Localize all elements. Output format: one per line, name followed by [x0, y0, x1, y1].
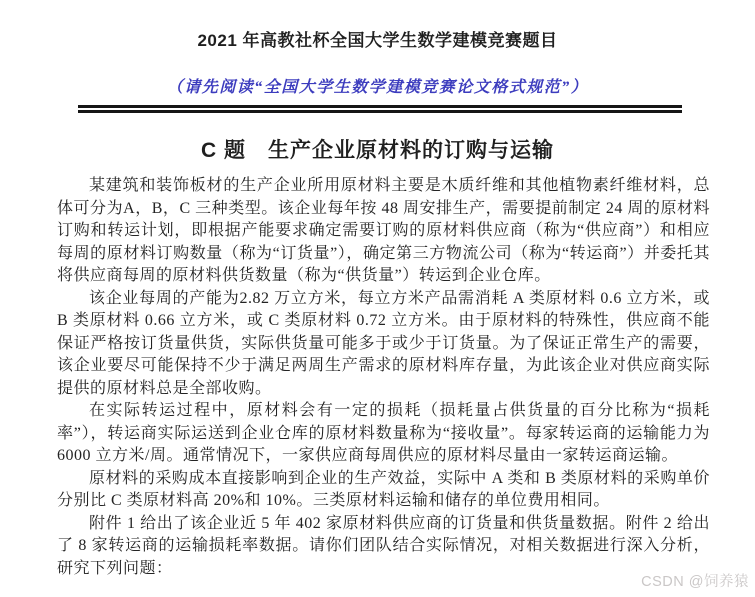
csdn-watermark: CSDN @饲养猿 — [641, 570, 749, 591]
paragraph-capacity: 该企业每周的产能为2.82 万立方米，每立方米产品需消耗 A 类原材料 0.6 … — [57, 288, 710, 401]
double-rule-divider — [78, 105, 682, 113]
read-first-notice: （请先阅读“全国大学生数学建模竞赛论文格式规范”） — [0, 74, 755, 97]
contest-title: 2021 年高教社杯全国大学生数学建模竞赛题目 — [0, 0, 755, 51]
problem-body: 某建筑和装饰板材的生产企业所用原材料主要是木质纤维和其他植物素纤维材料，总体可分… — [0, 175, 755, 580]
paragraph-attachments: 附件 1 给出了该企业近 5 年 402 家原材料供应商的订货量和供货量数据。附… — [57, 513, 710, 581]
paragraph-materials-intro: 某建筑和装饰板材的生产企业所用原材料主要是木质纤维和其他植物素纤维材料，总体可分… — [57, 175, 710, 288]
paragraph-transport-loss: 在实际转运过程中，原材料会有一定的损耗（损耗量占供货量的百分比称为“损耗率”），… — [57, 400, 710, 468]
document-page: 2021 年高教社杯全国大学生数学建模竞赛题目 （请先阅读“全国大学生数学建模竞… — [0, 0, 755, 597]
paragraph-purchase-cost: 原材料的采购成本直接影响到企业的生产效益，实际中 A 类和 B 类原材料的采购单… — [57, 468, 710, 513]
